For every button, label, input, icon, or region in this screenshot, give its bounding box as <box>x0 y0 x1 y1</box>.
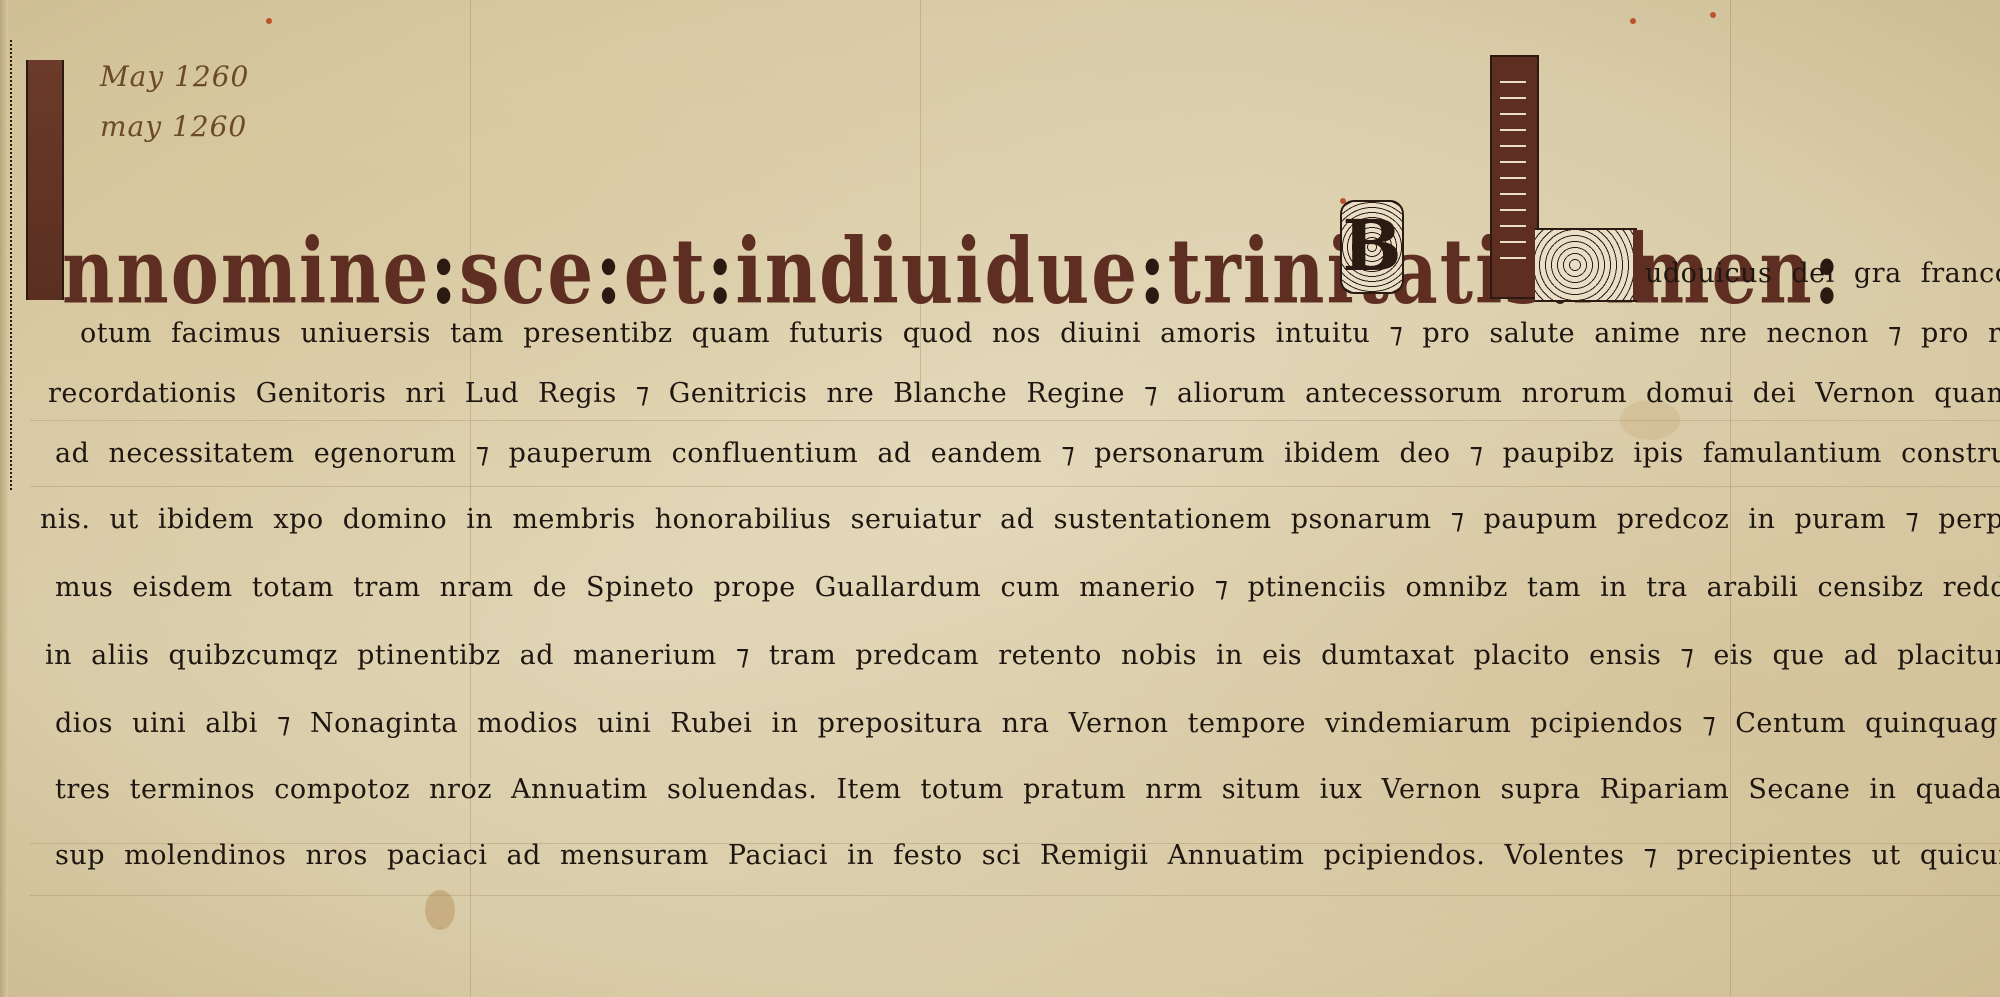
invocation-word: et <box>624 217 707 323</box>
charter-line: sup molendinos nros paciaci ad mensuram … <box>55 840 2000 871</box>
initial-l-foot-ornament <box>1535 228 1637 302</box>
decorated-initial-l <box>1490 55 1539 299</box>
archival-note-date: May 1260 <box>100 60 249 93</box>
ruling-line <box>30 486 2000 487</box>
decorated-initial-b: B <box>1340 200 1404 294</box>
red-spot <box>1630 18 1636 24</box>
charter-line: otum facimus uniuersis tam presentibz qu… <box>80 318 2000 349</box>
parchment-stain <box>425 890 455 930</box>
charter-line: ad necessitatem egenorum ⁊ pauperum conf… <box>55 438 2000 469</box>
red-spot <box>1710 12 1716 18</box>
invocation-word: nnomine <box>62 217 430 323</box>
charter-line: recordationis Genitoris nri Lud Regis ⁊ … <box>48 378 2000 409</box>
intitulatio-text: udouicus dei gra francorum <box>1645 258 2000 289</box>
invocation-word: sce <box>459 217 595 323</box>
archival-note-date: may 1260 <box>100 110 247 143</box>
decorated-initial-i <box>26 60 64 300</box>
parchment-left-edge <box>0 0 8 997</box>
charter-line: mus eisdem totam tram nram de Spineto pr… <box>55 572 2000 603</box>
charter-line: in aliis quibzcumqz ptinentibz ad maneri… <box>45 640 2000 671</box>
charter-line: nis. ut ibidem xpo domino in membris hon… <box>40 504 2000 535</box>
invocation-word: indiuidue <box>735 217 1139 323</box>
ruling-line <box>30 895 2000 896</box>
zigzag-ornament-icon <box>1500 67 1526 267</box>
charter-line: tres terminos compotoz nroz Annuatim sol… <box>55 774 2000 805</box>
ruling-line <box>30 420 2000 421</box>
charter-line: dios uini albi ⁊ Nonaginta modios uini R… <box>55 708 2000 739</box>
red-spot <box>266 18 272 24</box>
